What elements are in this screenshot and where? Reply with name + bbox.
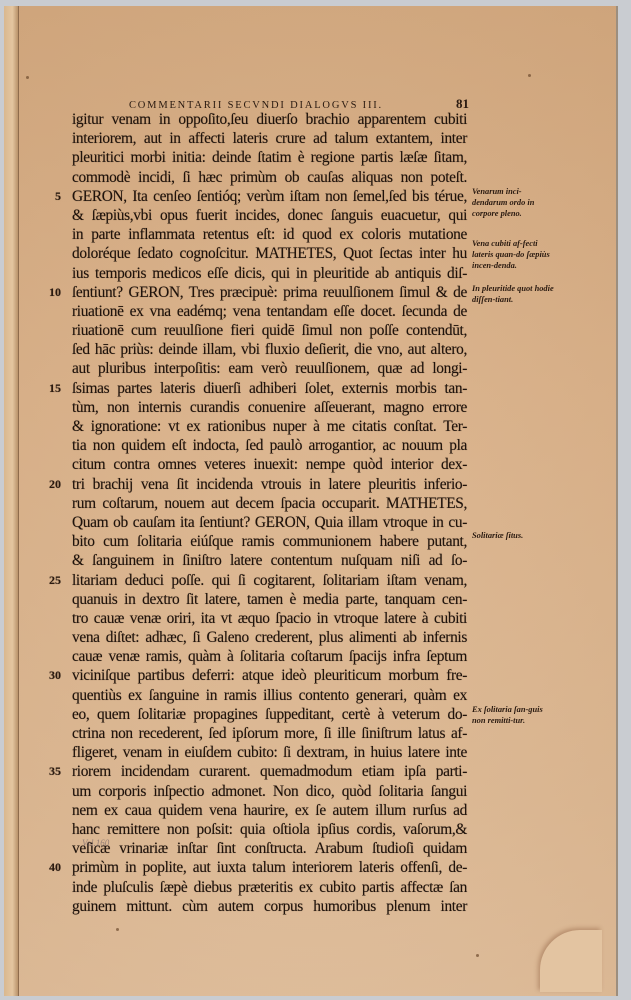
line-text: GERON, Ita cenſeo ſentióq; verùm iſtam n… [72,188,467,205]
text-line: um corporis inſpectio admonet. Non dico,… [72,782,467,801]
foxing-spot [116,928,119,931]
text-line: rum coſtarum, nouem aut decem ſpacia occ… [72,494,467,513]
text-line: ius temporis medicos eſſe dicis, qui in … [72,264,467,283]
page-corner-fold [540,930,602,992]
text-line: citum contra omnes veteres inuexit: nemp… [72,455,467,474]
text-line: guinem mittunt. cùm autem corpus humorib… [72,897,467,916]
line-number: 25 [39,571,61,590]
text-line: 5GERON, Ita cenſeo ſentióq; verùm iſtam … [72,187,467,206]
text-line: in parte inflammata retentus eſt: id quo… [72,225,467,244]
line-text: ſentiunt? GERON, Tres præcipuè: prima re… [72,284,467,301]
line-text: eo, quem ſolitariæ propagines ſuppeditan… [72,706,467,723]
line-number: 30 [39,666,61,685]
line-text: um corporis inſpectio admonet. Non dico,… [72,783,467,800]
margin-note: Vena cubiti af-fecti lateris quan-do ſæp… [472,238,554,271]
text-line: riuationē ex vna eadémq; vena tentandam … [72,302,467,321]
line-text: igitur venam in oppoſito,ſeu diuerſo bra… [72,111,467,128]
line-text: Quam ob cauſam ita ſentiunt? GERON, Quia… [72,514,467,531]
line-text: in parte inflammata retentus eſt: id quo… [72,226,467,243]
text-line: tùm, non internis curandis conuenire aſſ… [72,398,467,417]
text-line: 40primùm in poplite, aut iuxta talum int… [72,858,467,877]
line-text: tro cauæ venæ oriri, ita vt æquo ſpacio … [72,610,467,627]
line-text: ſed hāc priùs: deinde illam, vbi fluxio … [72,341,467,358]
text-line: commodè incidi, ſi hæc primùm ob cauſas … [72,168,467,187]
page-gutter [4,6,19,996]
line-text: primùm in poplite, aut iuxta talum inter… [72,859,467,876]
text-line: pleuritici morbi initia: deinde ſtatim è… [72,148,467,167]
text-line: 25litariam deduci poſſe. qui ſi cogitare… [72,571,467,590]
body-text: igitur venam in oppoſito,ſeu diuerſo bra… [72,110,467,916]
line-text: hanc remittere non poſsit: quia oſtiola … [72,821,467,838]
line-text: vena diſtet: adhæc, ſi Galeno crederent,… [72,629,467,646]
text-line: 10ſentiunt? GERON, Tres præcipuè: prima … [72,283,467,302]
text-line: nem ex caua quidem vena haurire, ex ſe a… [72,801,467,820]
text-line: 15ſsimas partes lateris diuerſi adhiberi… [72,379,467,398]
foxing-spot [476,954,479,957]
text-line: vena diſtet: adhæc, ſi Galeno crederent,… [72,628,467,647]
line-text: tia non quidem eſt indocta, ſed paulò ar… [72,437,467,454]
text-line: aut pluribus interpoſitis: eam verò reuu… [72,359,467,378]
line-number: 40 [39,858,61,877]
text-line: & ſanguinem in ſiniſtro latere contentum… [72,551,467,570]
line-text: quanuis in dextro ſit latere, tamen è me… [72,591,467,608]
line-text: bito cum ſolitaria eiúſque ramis communi… [72,533,467,550]
line-text: commodè incidi, ſi hæc primùm ob cauſas … [72,169,467,186]
line-number: 10 [39,283,61,302]
text-line: 30viciniſque partibus deferri: atque ide… [72,666,467,685]
line-text: interiorem, aut in affecti lateris crure… [72,130,467,147]
line-text: litariam deduci poſſe. qui ſi cogitarent… [72,572,467,589]
line-text: cauæ venæ ramis, quàm à ſolitaria coſtar… [72,648,467,665]
text-line: igitur venam in oppoſito,ſeu diuerſo bra… [72,110,467,129]
text-line: ſed hāc priùs: deinde illam, vbi fluxio … [72,340,467,359]
line-number: 5 [39,187,61,206]
text-line: 35riorem incidendam curarent. quemadmodu… [72,762,467,781]
text-line: cauæ venæ ramis, quàm à ſolitaria coſtar… [72,647,467,666]
text-line: & ignoratione: vt ex rationibus nuper à … [72,417,467,436]
text-line: riuationē cum reuulſione fieri quidē ſim… [72,321,467,340]
line-text: veſicæ vrinariæ inſtar ſint conſtructa. … [72,840,467,857]
line-text: ſsimas partes lateris diuerſi adhiberi ſ… [72,380,467,397]
text-line: ctrina non recederent, ſed ipſorum more,… [72,724,467,743]
line-text: viciniſque partibus deferri: atque ideò … [72,667,467,684]
line-text: aut pluribus interpoſitis: eam verò reuu… [72,360,467,377]
line-text: & ſanguinem in ſiniſtro latere contentum… [72,552,467,569]
text-line: veſicæ vrinariæ inſtar ſint conſtructa. … [72,839,467,858]
line-text: nem ex caua quidem vena haurire, ex ſe a… [72,802,467,819]
text-line: hanc remittere non poſsit: quia oſtiola … [72,820,467,839]
line-text: riorem incidendam curarent. quemadmodum … [72,763,467,780]
line-text: guinem mittunt. cùm autem corpus humorib… [72,898,467,915]
line-text: riuationē ex vna eadémq; vena tentandam … [72,303,467,320]
margin-note: Venarum inci-dendarum ordo in corpore pl… [472,186,554,219]
line-number: 35 [39,762,61,781]
line-text: quentiùs ex ſanguine in ramis illius con… [72,687,467,704]
text-line: inde pluſculis ſæpè diebus præteritis ex… [72,878,467,897]
foxing-spot [26,76,29,79]
line-text: tri brachij vena ſit incidenda vtrouis i… [72,476,467,493]
text-line: eo, quem ſolitariæ propagines ſuppeditan… [72,705,467,724]
margin-note: Ex ſolitaria ſan-guis non remitti-tur. [472,704,554,726]
line-text: ctrina non recederent, ſed ipſorum more,… [72,725,467,742]
text-line: 20tri brachij vena ſit incidenda vtrouis… [72,475,467,494]
line-text: riuationē cum reuulſione fieri quidē ſim… [72,322,467,339]
text-line: tia non quidem eſt indocta, ſed paulò ar… [72,436,467,455]
text-line: Quam ob cauſam ita ſentiunt? GERON, Quia… [72,513,467,532]
line-text: tùm, non internis curandis conuenire aſſ… [72,399,467,416]
line-text: fligeret, venam in eiuſdem cubito: ſi de… [72,744,467,761]
margin-note: Solitariæ ſitus. [472,530,554,541]
text-line: bito cum ſolitaria eiúſque ramis communi… [72,532,467,551]
line-text: rum coſtarum, nouem aut decem ſpacia occ… [72,495,467,512]
text-line: fligeret, venam in eiuſdem cubito: ſi de… [72,743,467,762]
line-text: pleuritici morbi initia: deinde ſtatim è… [72,149,467,166]
line-text: & ignoratione: vt ex rationibus nuper à … [72,418,467,435]
line-number: 20 [39,475,61,494]
text-line: & ſæpiùs,vbi opus fuerit incides, donec … [72,206,467,225]
line-text: citum contra omnes veteres inuexit: nemp… [72,456,467,473]
line-number: 15 [39,379,61,398]
line-text: doloréque ſedato cognoſcitur. MATHETES, … [72,245,467,262]
text-line: interiorem, aut in affecti lateris crure… [72,129,467,148]
line-text: & ſæpiùs,vbi opus fuerit incides, donec … [72,207,467,224]
line-text: inde pluſculis ſæpè diebus præteritis ex… [72,879,467,896]
line-text: ius temporis medicos eſſe dicis, qui in … [72,265,467,282]
library-stamp: Vol.160 [82,838,109,848]
book-page: COMMENTARII SECVNDI DIALOGVS III. 81 igi… [4,6,618,996]
text-line: tro cauæ venæ oriri, ita vt æquo ſpacio … [72,609,467,628]
text-line: quentiùs ex ſanguine in ramis illius con… [72,686,467,705]
foxing-spot [528,74,531,77]
text-line: doloréque ſedato cognoſcitur. MATHETES, … [72,244,467,263]
text-line: quanuis in dextro ſit latere, tamen è me… [72,590,467,609]
margin-note: In pleuritide quot hodie diſſen-tiant. [472,283,554,305]
